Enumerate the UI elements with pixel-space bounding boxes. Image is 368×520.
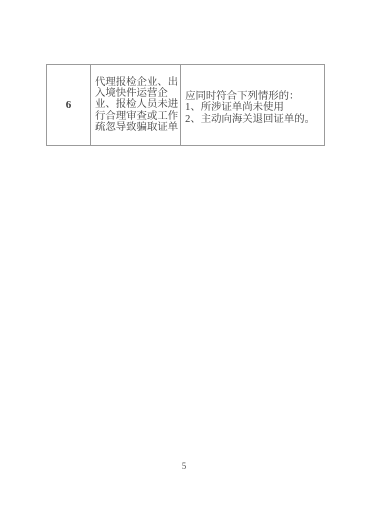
- violation-text-line: 入境快件运营企: [95, 88, 178, 99]
- condition-item-2: 2、主动向海关退回证单的。: [185, 114, 322, 125]
- violation-text-line: 疏忽导致骗取证单: [95, 122, 178, 133]
- violation-text-line: 行合理审查或工作: [95, 111, 178, 122]
- cell-sequence-number: 6: [47, 65, 91, 146]
- document-page: 6 代理报检企业、出 入境快件运营企 业、报检人员未进 行合理审查或工作 疏忽导…: [0, 0, 368, 520]
- condition-item-1: 1、所涉证单尚未使用: [185, 102, 322, 113]
- violation-text-line: 业、报检人员未进: [95, 99, 178, 110]
- cell-violation-description: 代理报检企业、出 入境快件运营企 业、报检人员未进 行合理审查或工作 疏忽导致骗…: [91, 65, 181, 146]
- condition-heading: 应同时符合下列情形的：: [185, 91, 322, 102]
- sequence-number: 6: [66, 99, 72, 111]
- page-number: 5: [0, 461, 368, 471]
- violation-text-line: 代理报检企业、出: [95, 77, 178, 88]
- table-row: 6 代理报检企业、出 入境快件运营企 业、报检人员未进 行合理审查或工作 疏忽导…: [47, 65, 325, 146]
- penalty-table: 6 代理报检企业、出 入境快件运营企 业、报检人员未进 行合理审查或工作 疏忽导…: [46, 64, 325, 146]
- cell-conditions: 应同时符合下列情形的： 1、所涉证单尚未使用 2、主动向海关退回证单的。: [181, 65, 325, 146]
